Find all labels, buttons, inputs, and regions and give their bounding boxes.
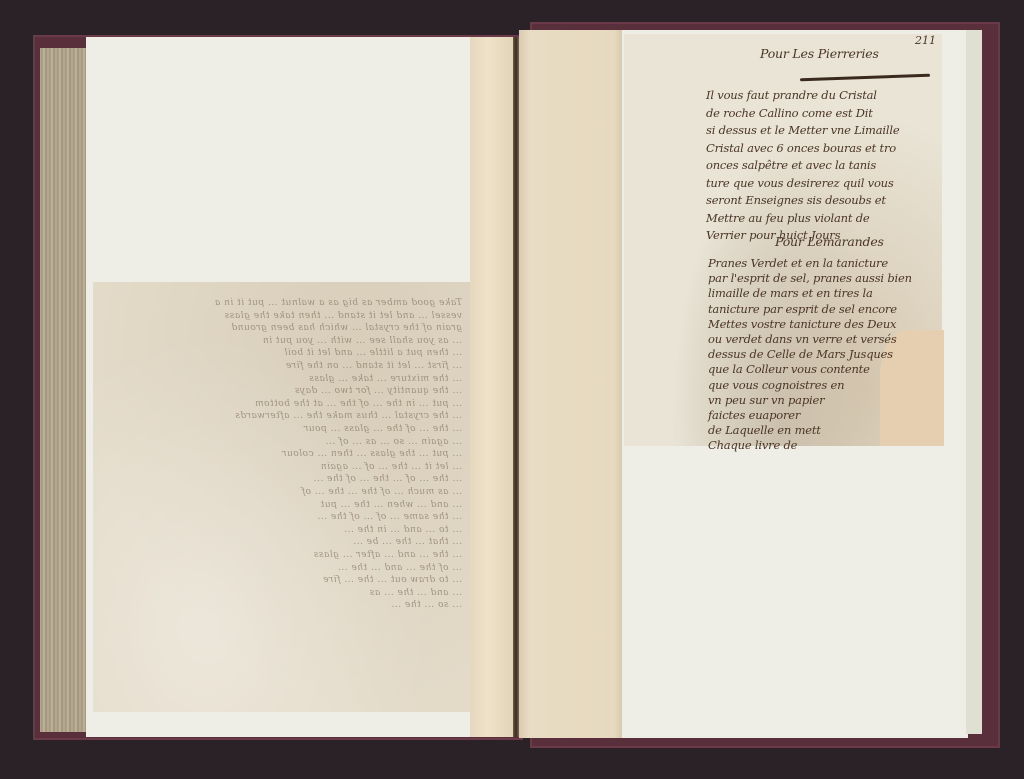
manuscript-line: par l'esprit de sel, pranes aussi bien: [708, 271, 912, 285]
manuscript-line: Il vous faut prandre du Cristal: [706, 88, 877, 102]
left-manuscript-leaf: Take good amber as big as a walnut ... p…: [93, 282, 470, 712]
manuscript-line: de roche Callino come est Dit: [706, 106, 873, 120]
faded-line: ... the quantity ... for two ... days: [101, 386, 462, 396]
manuscript-line: ou verdet dans vn verre et versés: [708, 332, 897, 346]
manuscript-line: Mettre au feu plus violant de: [706, 211, 870, 225]
right-page-edge: [966, 30, 982, 734]
faded-line: ... as much ... of the ... the ... of: [101, 487, 462, 497]
faded-line: ... the ... and ... after ... glass: [101, 550, 462, 560]
manuscript-line: seront Enseignes sis desoubs et: [706, 193, 886, 207]
section-title-emeraudes: Pour Lemarandes: [775, 234, 884, 249]
faded-line: ... first ... let it stand ... on the fi…: [101, 361, 462, 371]
faded-line: ... as you shall see ... with ... you pu…: [101, 336, 462, 346]
manuscript-line: vn peu sur vn papier: [708, 393, 824, 407]
manuscript-line: faictes euaporer: [708, 408, 800, 422]
folio-number: 211: [915, 34, 936, 47]
faded-line: ... put ... in the ... of the ... at the…: [101, 399, 462, 409]
manuscript-line: de Laquelle en mett: [708, 423, 821, 437]
manuscript-line: que la Colleur vous contente: [708, 362, 870, 376]
section-title-pierreries: Pour Les Pierreries: [760, 46, 879, 61]
page-edges: [40, 48, 88, 732]
faded-line: ... to draw out ... the ... fire: [101, 575, 462, 585]
faded-line: vessel ... and let it stand ... then tak…: [101, 311, 462, 321]
manuscript-line: onces salpêtre et avec la tanis: [706, 158, 876, 172]
manuscript-line: ture que vous desirerez quil vous: [706, 176, 894, 190]
faded-line: ... that ... the ... be ...: [101, 537, 462, 547]
faded-line: ... and ... when ... the ... put: [101, 500, 462, 510]
faded-line: Take good amber as big as a walnut ... p…: [101, 298, 462, 308]
manuscript-line: Pranes Verdet et en la tanicture: [708, 256, 888, 270]
manuscript-line: que vous cognoistres en: [708, 378, 844, 392]
faded-line: ... the ... of ... the ... of the ...: [101, 474, 462, 484]
faded-line: ... the mixture ... take ... glass: [101, 374, 462, 384]
faded-line: ... the crystal ... thus make the ... af…: [101, 411, 462, 421]
faded-line: ... let it ... the ... of ... again: [101, 462, 462, 472]
right-guard-leaf: [519, 30, 625, 738]
faded-line: ... to ... and ... in the ...: [101, 525, 462, 535]
faded-line: ... the ... of the ... glass ... pour: [101, 424, 462, 434]
faded-line: ... of the ... and ... the ...: [101, 563, 462, 573]
faded-line: grain of the crystal ... which has been …: [101, 323, 462, 333]
manuscript-line: tanicture par esprit de sel encore: [708, 302, 897, 316]
faded-line: ... then put a little ... and let it boi…: [101, 348, 462, 358]
faded-line: ... again ... so ... as ... of ...: [101, 437, 462, 447]
left-guard-leaf: [470, 37, 515, 737]
manuscript-line: Mettes vostre tanicture des Deux: [708, 317, 896, 331]
manuscript-line: dessus de Celle de Mars Jusques: [708, 347, 893, 361]
faded-line: ... and ... the ... as: [101, 588, 462, 598]
manuscript-line: si dessus et le Metter vne Limaille: [706, 123, 899, 137]
faded-line: ... put ... the glass ... then ... colou…: [101, 449, 462, 459]
manuscript-line: Chaque livre de: [708, 438, 797, 452]
faded-line: ... the same ... of ... of the ...: [101, 512, 462, 522]
faded-line: ... so ... the ...: [101, 600, 462, 610]
manuscript-line: Cristal avec 6 onces bouras et tro: [706, 141, 896, 155]
manuscript-line: limaille de mars et en tires la: [708, 286, 873, 300]
